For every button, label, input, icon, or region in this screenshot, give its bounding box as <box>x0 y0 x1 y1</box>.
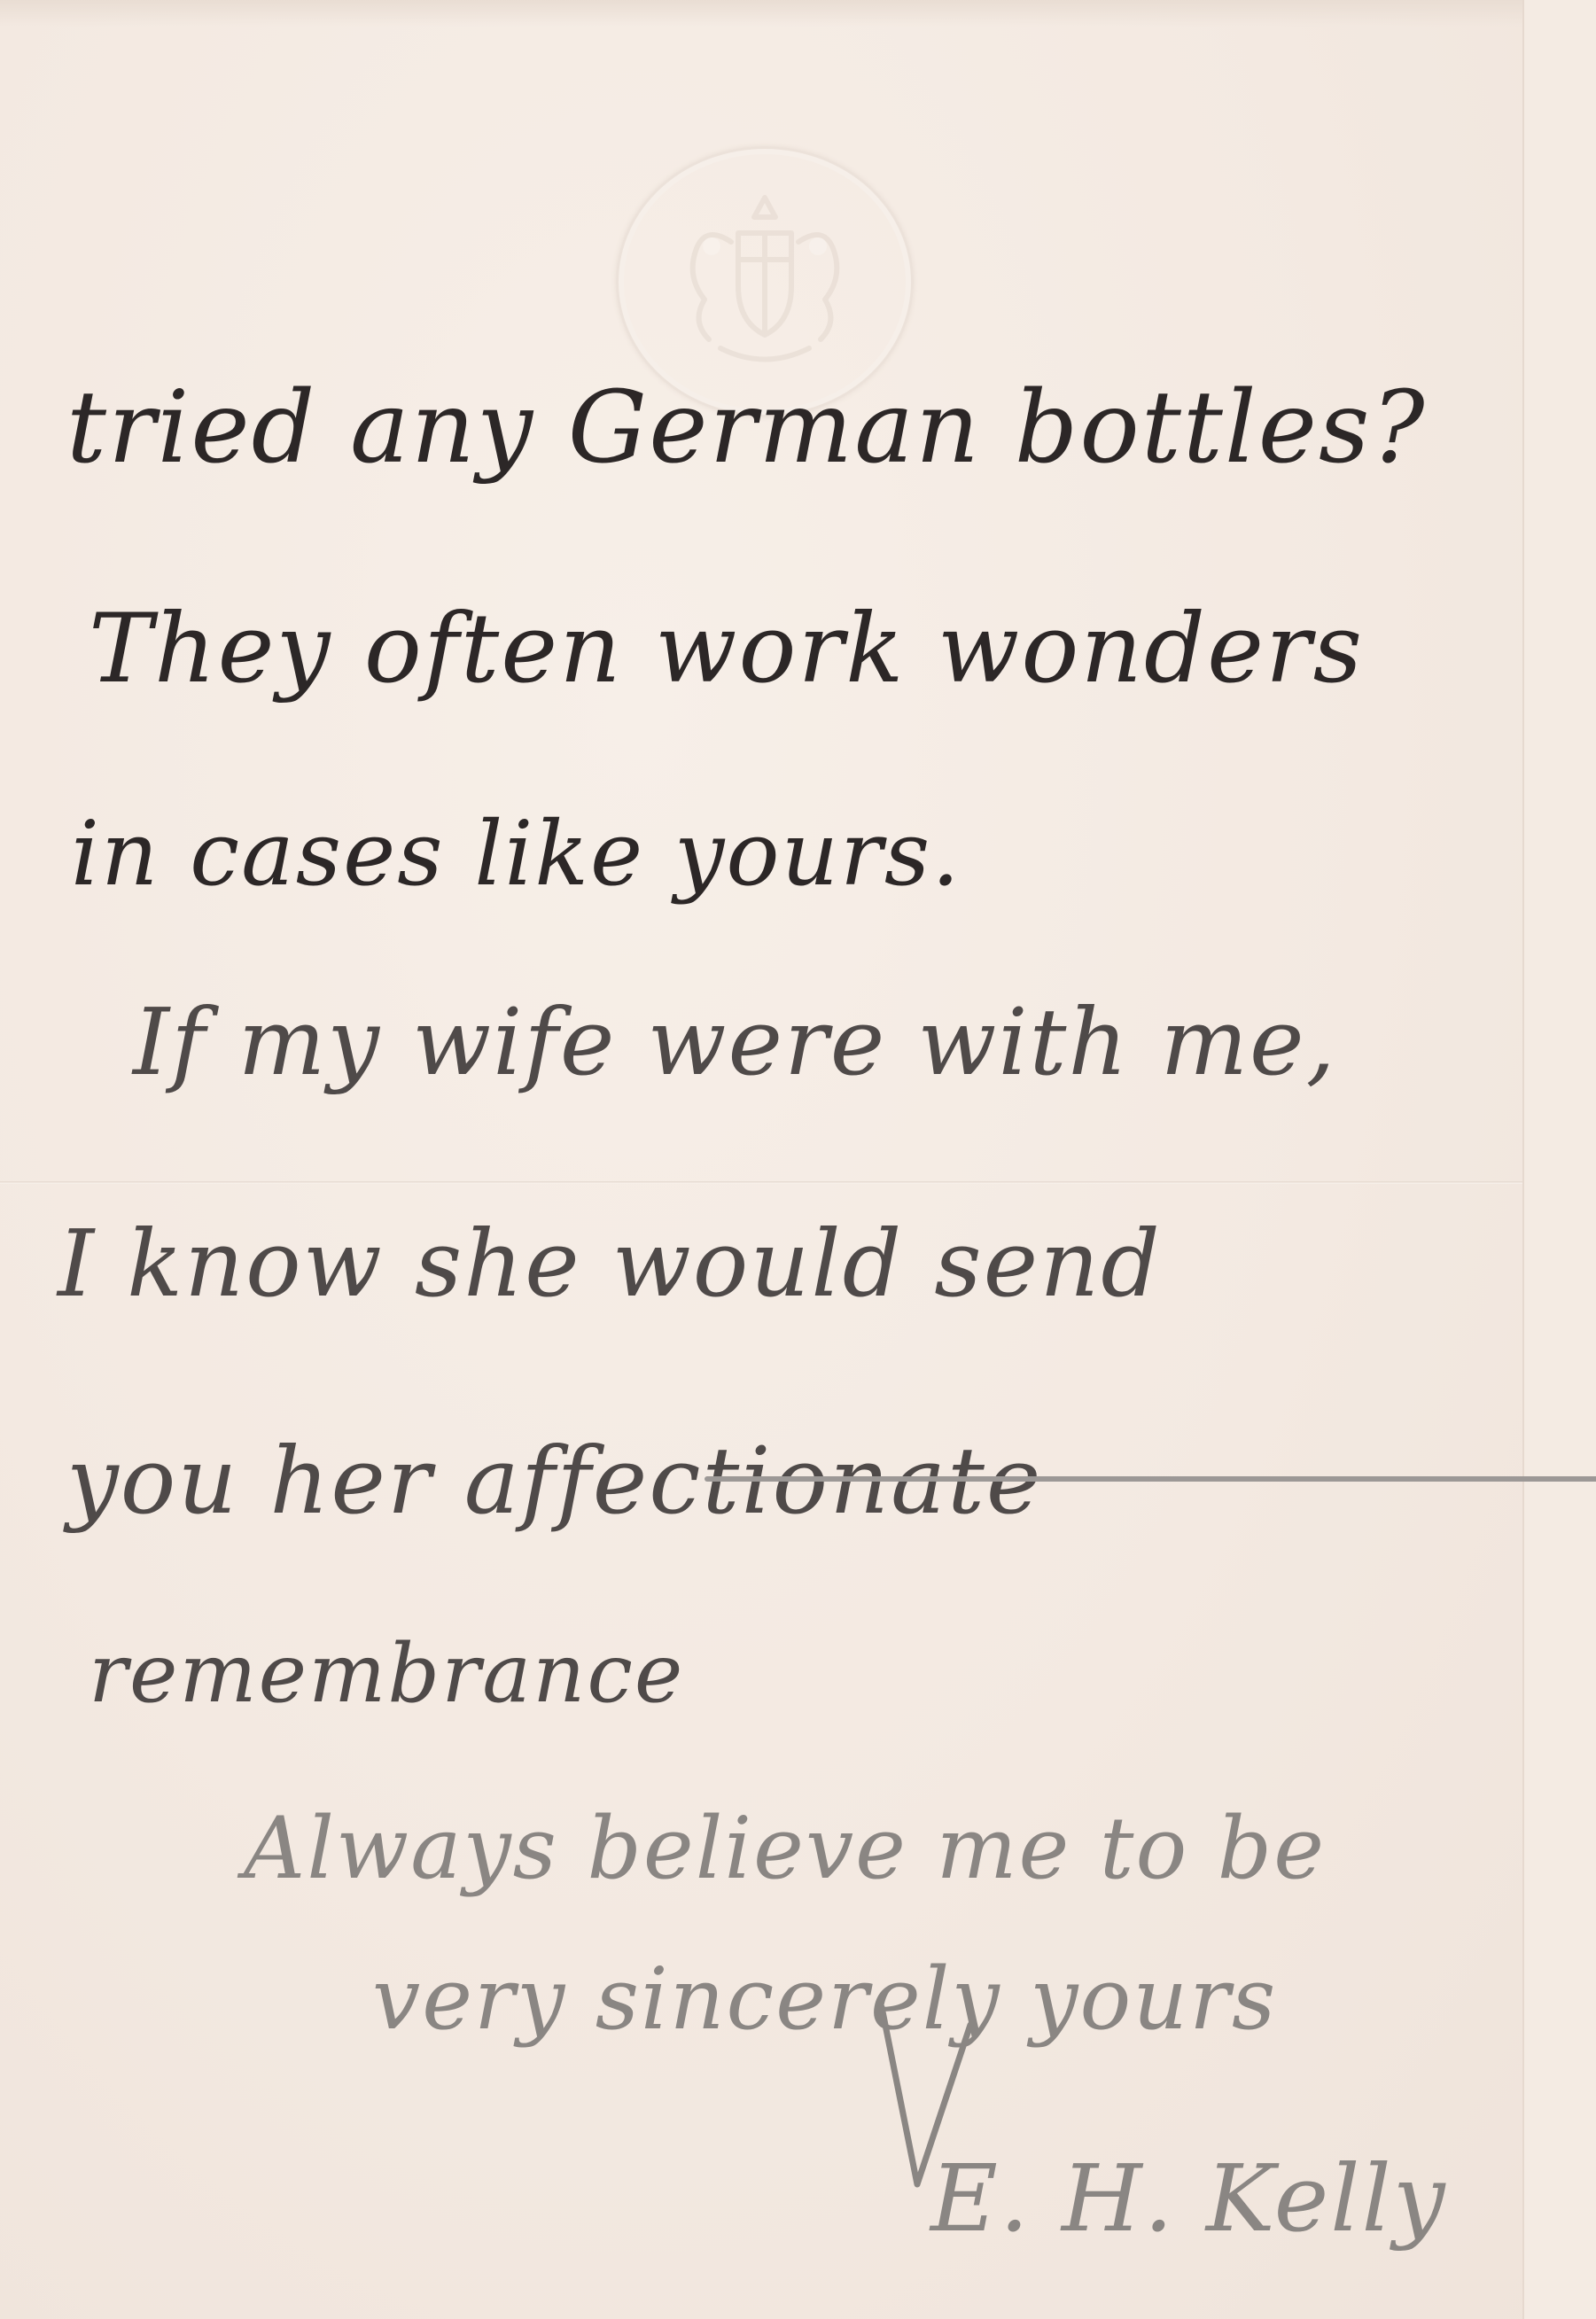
closing-line-1: Always believe me to be <box>244 1799 1326 1898</box>
letter-line-6: you her affectionate <box>66 1427 1596 1535</box>
letter-line-4: If my wife were with me, <box>133 988 1337 1096</box>
letter-line-5: I know she would send <box>58 1210 1162 1318</box>
letter-line-3: in cases like yours. <box>71 802 961 906</box>
page-right-edge <box>1522 0 1596 2319</box>
fold-crease <box>0 1181 1522 1184</box>
page-top-shadow <box>0 0 1596 27</box>
signature: E. H. Kelly <box>930 2144 1447 2253</box>
coat-of-arms-icon <box>658 180 871 384</box>
closing-line-2: very sincerely yours <box>372 1949 1277 2049</box>
letter-line-7: remembrance <box>89 1626 684 1721</box>
letter-line-2: They often work wonders <box>89 594 1364 704</box>
letter-line-1: tried any German bottles? <box>66 370 1427 486</box>
